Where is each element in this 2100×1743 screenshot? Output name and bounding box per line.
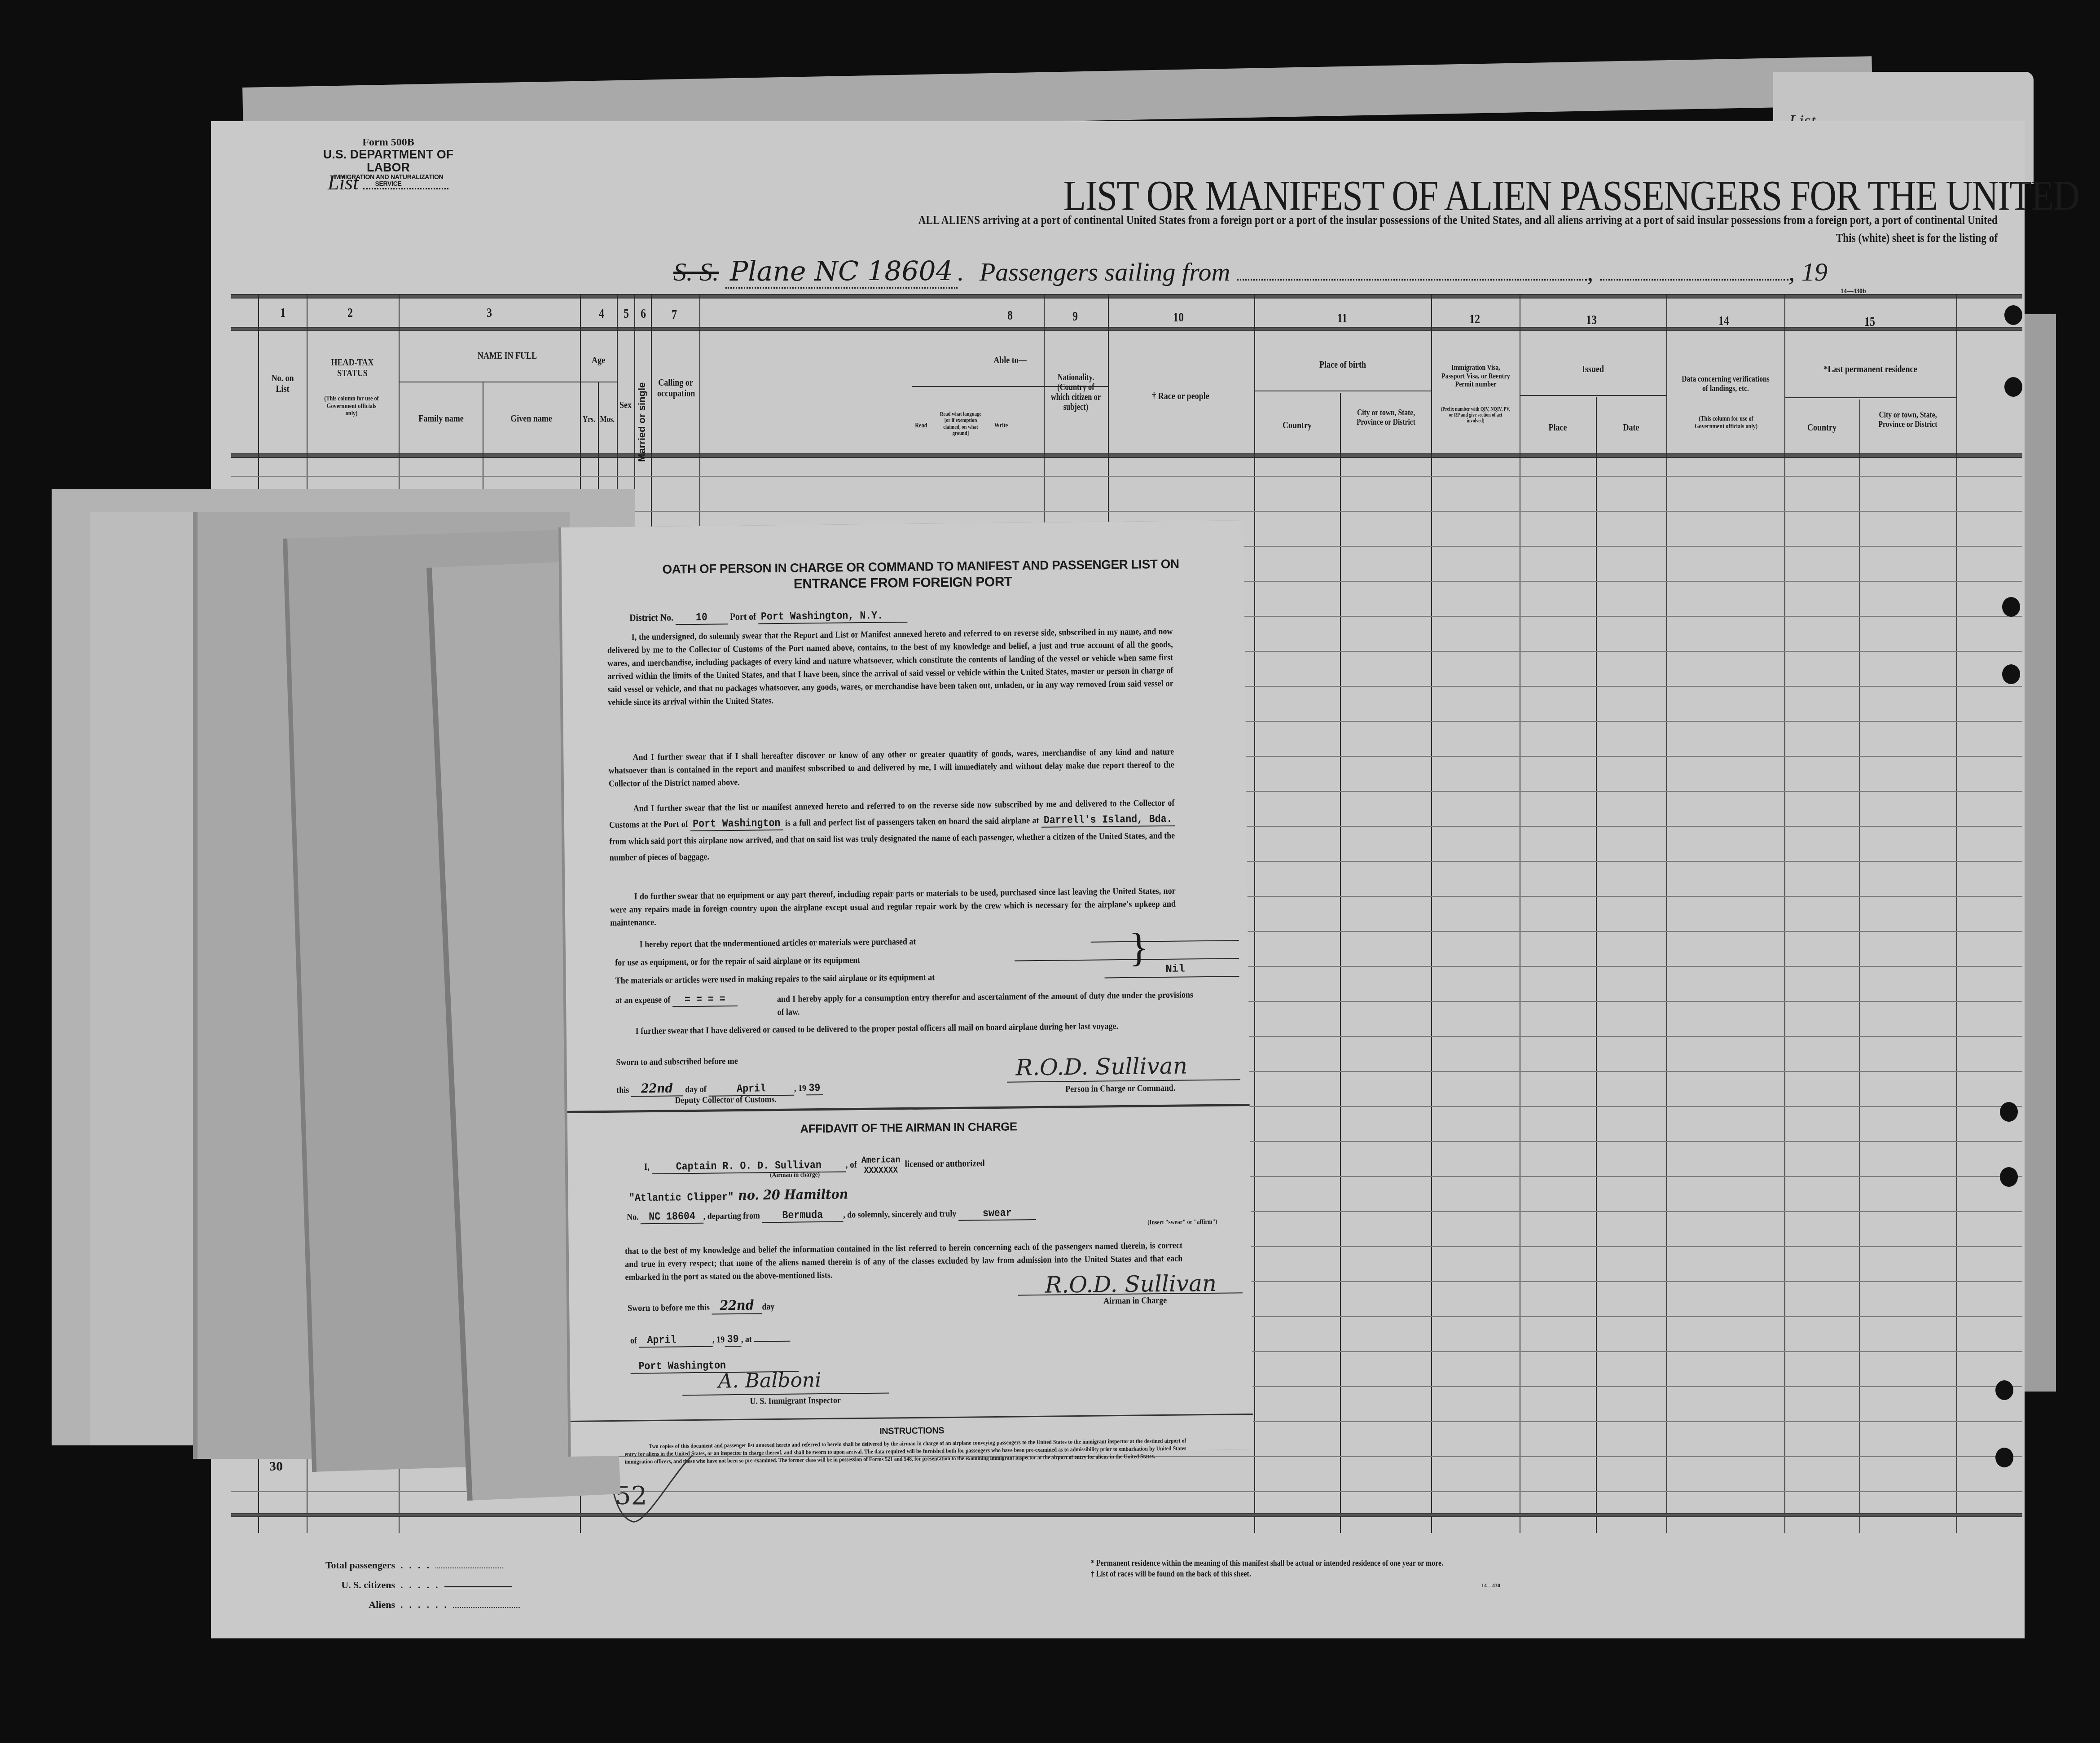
vessel-name: Plane NC 18604 [725, 256, 958, 289]
report-line-1: I hereby report that the undermentioned … [640, 937, 916, 950]
col-header-head-tax-note: (This column for use of Government offic… [320, 395, 382, 417]
i-label: I, [644, 1161, 650, 1172]
col-header-age: Age [583, 355, 613, 365]
table-header-bottom-rule [231, 453, 2022, 458]
punch-hole [1995, 1448, 2013, 1467]
col-number-8: 8 [1003, 308, 1017, 323]
inspector-signature-line [682, 1392, 889, 1396]
nationality-choice: American XXXXXXX [859, 1155, 903, 1176]
us-citizens-row: U. S. citizens..... [314, 1575, 520, 1595]
aircraft-row: "Atlantic Clipper" no. 20 Hamilton [626, 1186, 848, 1204]
us-citizens-field [444, 1586, 512, 1588]
table-row [231, 476, 2022, 477]
col-line [1956, 294, 1957, 1533]
col-line [1340, 393, 1341, 1533]
footnotes: * Permanent residence within the meaning… [1091, 1558, 1443, 1579]
nil-value: Nil [1163, 963, 1187, 975]
departing-from: Bermuda [762, 1209, 843, 1223]
footnote-residence: * Permanent residence within the meaning… [1091, 1558, 1443, 1568]
table-bottom-rule [231, 1513, 2022, 1517]
district-number: 10 [676, 611, 728, 625]
punch-hole [2002, 597, 2020, 617]
affidavit-month: April [639, 1334, 712, 1348]
report-line-1-blank [1091, 940, 1239, 942]
this-label: this [616, 1085, 629, 1095]
swear-caption: (Insert "swear" or "affirm") [1147, 1219, 1217, 1227]
col-number-7: 7 [667, 307, 681, 322]
list-number-field: List [328, 171, 448, 194]
col-header-visa: Immigration Visa, Passport Visa, or Reen… [1440, 364, 1512, 389]
person-in-charge-label: Person in Charge or Command. [1065, 1083, 1175, 1095]
col-header-residence-country: Country [1791, 422, 1853, 433]
col-header-name-in-full: NAME IN FULL [419, 350, 596, 361]
col-number-2: 2 [343, 305, 357, 321]
airman-in-charge-label: Airman in Charge [1103, 1295, 1167, 1306]
sworn-date-row: this 22nd day of April, 1939 [616, 1079, 823, 1097]
punch-hole [2000, 1102, 2018, 1122]
affidavit-title: AFFIDAVIT OF THE AIRMAN IN CHARGE [567, 1117, 1250, 1138]
col-line [1596, 397, 1597, 1533]
district-row: District No. 10 Port of Port Washington,… [629, 609, 907, 624]
list-number-blank [363, 188, 448, 189]
row-number-last: 30 [269, 1459, 283, 1474]
col-number-11: 11 [1333, 311, 1351, 326]
subheader-line-name [399, 382, 617, 382]
punch-hole [2002, 664, 2020, 684]
col-number-15: 15 [1861, 314, 1879, 329]
report-line-2: for use as equipment, or for the repair … [615, 955, 860, 968]
total-passengers-field [435, 1567, 503, 1568]
us-citizens-label: U. S. citizens [314, 1575, 400, 1595]
aliens-row: Aliens...... [314, 1595, 520, 1615]
sworn-day: 22nd [631, 1080, 683, 1097]
origin-port: Darrell's Island, Bda. [1041, 813, 1175, 828]
punch-hole [2000, 1167, 2018, 1187]
col-number-1: 1 [276, 305, 290, 321]
col-header-verifications: Data concerning verifications of landing… [1678, 375, 1773, 394]
sworn-year-prefix: 19 [798, 1083, 806, 1093]
sworn-label: Sworn to and subscribed before me [616, 1056, 738, 1068]
footnote-races: † List of races will be found on the bac… [1091, 1568, 1443, 1579]
deputy-collector-label: Deputy Collector of Customs. [675, 1094, 777, 1106]
col-number-6: 6 [636, 306, 650, 321]
col-header-yrs: Yrs. [582, 415, 597, 425]
col-line [1784, 294, 1785, 1533]
col-number-10: 10 [1169, 310, 1187, 325]
col-header-race: † Race or people [1122, 391, 1239, 401]
aircraft-name: "Atlantic Clipper" [627, 1191, 736, 1205]
col-header-nationality: Nationality. (Country of which citizen o… [1050, 373, 1101, 412]
affidavit-sworn-row: Sworn to before me this 22ndday [628, 1297, 775, 1314]
vessel-prefix: S. S. [673, 257, 719, 286]
col-header-birth-country: Country [1262, 420, 1332, 430]
swear-value: swear [958, 1207, 1036, 1221]
table-numbers-rule [231, 327, 2022, 331]
person-in-charge-signature: R.O.D. Sullivan [1015, 1053, 1187, 1080]
airman-caption: (Airman in charge) [770, 1171, 820, 1179]
col-header-mos: Mos. [600, 415, 615, 425]
inspector-label: U. S. Immigrant Inspector [750, 1396, 841, 1407]
col-number-4: 4 [594, 306, 609, 321]
manifest-subtitle-2: This (white) sheet is for the listing of [1465, 231, 1998, 245]
report-line-2-blank [1015, 958, 1239, 961]
subheader-line-residence [1784, 397, 1956, 398]
col-line [1520, 294, 1520, 1533]
expense-row: at an expense of = = = = [615, 993, 738, 1007]
aircraft-number: NC 18604 [641, 1211, 703, 1224]
col-header-write: Write [994, 422, 1009, 430]
col-header-no-on-list: No. on List [265, 373, 300, 394]
form-code-top: 14—430b [1841, 288, 1866, 295]
total-passengers-row: Total passengers.... [314, 1555, 520, 1575]
district-label: District No. [629, 611, 673, 623]
col-number-13: 13 [1582, 312, 1600, 328]
day-of-label: day of [685, 1084, 707, 1094]
report-line-3-blank [1105, 976, 1239, 978]
col-header-verifications-note: (This column for use of Government offic… [1684, 415, 1769, 430]
col-header-issued-place: Place [1526, 422, 1589, 433]
punch-hole [1995, 1380, 2013, 1400]
year-prefix: 19 [1801, 257, 1828, 286]
vessel-line: S. S. Plane NC 18604. Passengers sailing… [673, 256, 1828, 287]
col-header-given-name: Given name [492, 413, 571, 424]
col-header-read-language: Read what language [or if exemption clai… [937, 411, 985, 436]
oath-document: OATH OF PERSON IN CHARGE OR COMMAND TO M… [561, 520, 1253, 1457]
col-number-12: 12 [1466, 312, 1484, 327]
no-label: No. [627, 1212, 639, 1222]
subheader-line-issued [1520, 395, 1666, 396]
affidavit-date-row: of April, 1939, at [630, 1333, 791, 1347]
col-header-read: Read [914, 422, 929, 430]
aliens-label: Aliens [314, 1595, 400, 1615]
col-header-issued-date: Date [1602, 422, 1660, 433]
expense-rest: and I hereby apply for a consumption ent… [777, 988, 1194, 1019]
col-header-able-to: Able to— [930, 355, 1090, 365]
affidavit-day: 22nd [712, 1297, 762, 1314]
oath-paragraph-3: And I further swear that the list or man… [609, 795, 1175, 866]
port-name: Port Washington, N.Y. [758, 610, 907, 624]
col-header-family-name: Family name [407, 413, 475, 424]
aircraft-number-row: No. NC 18604, departing from Bermuda, do… [627, 1207, 1036, 1224]
col-line [1254, 294, 1255, 1533]
customs-port: Port Washington [690, 817, 783, 831]
manifest-subtitle: ALL ALIENS arriving at a port of contine… [774, 213, 1998, 227]
col-header-place-of-birth: Place of birth [1270, 359, 1415, 370]
table-top-rule [231, 294, 2022, 299]
total-passengers-label: Total passengers [314, 1555, 400, 1575]
expense-label: at an expense of [615, 995, 671, 1005]
col-line [1666, 294, 1667, 1533]
col-number-9: 9 [1068, 309, 1082, 324]
col-header-birth-city: City or town, State, Province or Distric… [1350, 408, 1422, 427]
mail-paragraph: I further swear that I have delivered or… [611, 1019, 1177, 1038]
col-number-3: 3 [482, 305, 496, 321]
inspector-signature: A. Balboni [718, 1369, 822, 1392]
bracket: } [1129, 927, 1148, 968]
affidavit-year: 39 [725, 1334, 741, 1347]
oath-section-divider [567, 1104, 1250, 1113]
sworn-year: 39 [806, 1082, 823, 1095]
handwritten-addition: no. 20 Hamilton [738, 1186, 848, 1203]
form-number: Form 500B [321, 137, 456, 148]
oath-paragraph-2: And I further swear that if I shall here… [608, 746, 1174, 790]
col-number-5: 5 [619, 306, 633, 321]
nationality-struck: XXXXXXX [861, 1165, 901, 1176]
col-header-head-tax: HEAD-TAX STATUS [317, 357, 387, 378]
attached-sheet-2 [90, 512, 202, 1445]
col-header-visa-note: (Prefix number with QIV, NQIV, PV, or RP… [1441, 406, 1511, 424]
col-header-last-residence: *Last permanent residence [1800, 364, 1941, 374]
subheader-line-birth [1254, 391, 1431, 391]
aliens-field [453, 1607, 520, 1608]
col-header-sex: Sex [619, 400, 633, 410]
col-header-residence-city: City or town, State, Province or Distric… [1869, 411, 1946, 430]
oath-paragraph-4: I do further swear that no equipment or … [610, 885, 1176, 930]
expense-value: = = = = [672, 993, 738, 1007]
col-header-issued: Issued [1533, 364, 1653, 374]
col-number-14: 14 [1715, 313, 1733, 329]
punch-hole [2004, 377, 2022, 397]
sailing-from-blank [1237, 275, 1587, 281]
sailing-label: Passengers sailing from [980, 257, 1230, 286]
totals-block: Total passengers.... U. S. citizens.....… [314, 1555, 520, 1615]
col-line [1431, 294, 1432, 1533]
sailing-date-blank [1600, 275, 1788, 281]
port-label: Port of [730, 610, 756, 622]
oath-paragraph-1: I, the undersigned, do solemnly swear th… [607, 625, 1173, 709]
licensed-label: licensed or authorized [905, 1158, 985, 1169]
punch-hole [2004, 305, 2022, 325]
col-header-married-single: Married or single [637, 377, 650, 467]
report-line-3: The materials or articles were used in m… [615, 972, 935, 986]
list-label: List [328, 171, 359, 194]
nationality-selected: American [859, 1155, 902, 1166]
form-code-bottom: 14—430 [1481, 1582, 1500, 1589]
col-header-calling: Calling or occupation [657, 377, 694, 399]
department-name: U.S. DEPARTMENT OF LABOR [321, 148, 456, 174]
instructions-divider [571, 1414, 1253, 1422]
